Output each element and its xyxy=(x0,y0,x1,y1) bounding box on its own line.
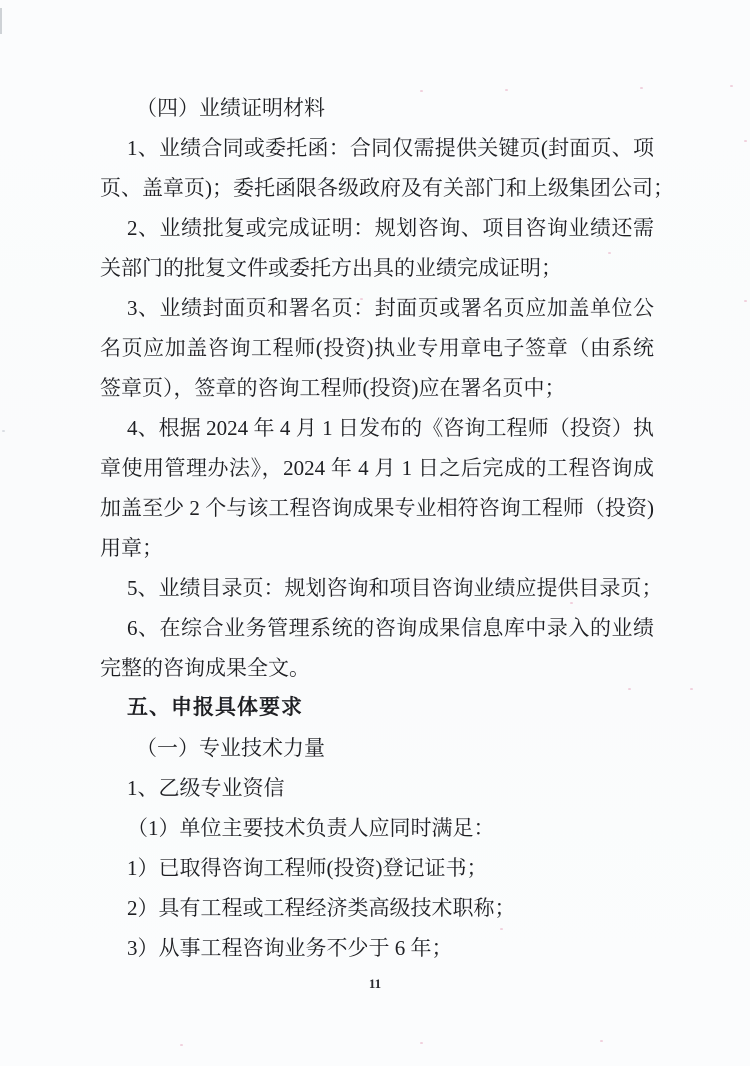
doc-line: 用章； xyxy=(100,528,654,568)
doc-line: 1、业绩合同或委托函：合同仅需提供关键页(封面页、项目内容 xyxy=(100,128,654,168)
doc-line: 加盖至少 2 个与该工程咨询成果专业相符咨询工程师（投资)执业专 xyxy=(100,488,654,528)
doc-line: 页、盖章页)；委托函限各级政府及有关部门和上级集团公司； xyxy=(100,168,654,208)
heading-grade-b-professional-credit: 1、乙级专业资信 xyxy=(100,768,654,808)
scan-speckle xyxy=(640,87,643,89)
scan-speckle xyxy=(744,140,747,142)
doc-line: 签章页），签章的咨询工程师(投资)应在署名页中； xyxy=(100,368,654,408)
scan-speckle xyxy=(360,298,363,300)
scan-speckle xyxy=(608,252,611,254)
doc-line: 关部门的批复文件或委托方出具的业绩完成证明； xyxy=(100,248,654,288)
scan-speckle xyxy=(500,928,503,930)
scan-speckle xyxy=(690,688,693,690)
doc-line: 章使用管理办法》，2024 年 4 月 1 日之后完成的工程咨询成果文件须 xyxy=(100,448,654,488)
doc-line: 2、业绩批复或完成证明：规划咨询、项目咨询业绩还需提供相 xyxy=(100,208,654,248)
doc-line: 3）从事工程咨询业务不少于 6 年； xyxy=(100,928,654,968)
scan-speckle xyxy=(730,85,733,87)
scan-speckle xyxy=(744,300,747,302)
scan-speckle xyxy=(628,688,631,690)
scan-speckle xyxy=(505,89,508,91)
heading-performance-proof-materials: （四）业绩证明材料 xyxy=(100,88,654,128)
doc-line: 完整的咨询成果全文。 xyxy=(100,648,654,688)
heading-professional-technical-strength: （一）专业技术力量 xyxy=(100,728,654,768)
scan-speckle xyxy=(600,1040,603,1042)
heading-application-requirements: 五、申报具体要求 xyxy=(100,688,654,728)
doc-line: 1）已取得咨询工程师(投资)登记证书； xyxy=(100,848,654,888)
doc-line: 4、根据 2024 年 4 月 1 日发布的《咨询工程师（投资）执业专用 xyxy=(100,408,654,448)
doc-line: 名页应加盖咨询工程师(投资)执业专用章电子签章（由系统自动生成 xyxy=(100,328,654,368)
doc-line: 3、业绩封面页和署名页：封面页或署名页应加盖单位公章；署 xyxy=(100,288,654,328)
page-number: 11 xyxy=(0,976,750,992)
scan-speckle xyxy=(180,1044,183,1046)
scan-speckle xyxy=(2,430,5,432)
doc-line: 2）具有工程或工程经济类高级技术职称； xyxy=(100,888,654,928)
document-body: （四）业绩证明材料 1、业绩合同或委托函：合同仅需提供关键页(封面页、项目内容 … xyxy=(100,88,654,968)
scan-speckle xyxy=(420,90,423,92)
document-page: （四）业绩证明材料 1、业绩合同或委托函：合同仅需提供关键页(封面页、项目内容 … xyxy=(0,0,750,1066)
doc-line: 6、在综合业务管理系统的咨询成果信息库中录入的业绩应提供 xyxy=(100,608,654,648)
scan-edge-artifact xyxy=(0,8,2,34)
scan-speckle xyxy=(420,1042,423,1044)
scan-speckle xyxy=(570,602,573,604)
doc-line: （1）单位主要技术负责人应同时满足： xyxy=(100,808,654,848)
